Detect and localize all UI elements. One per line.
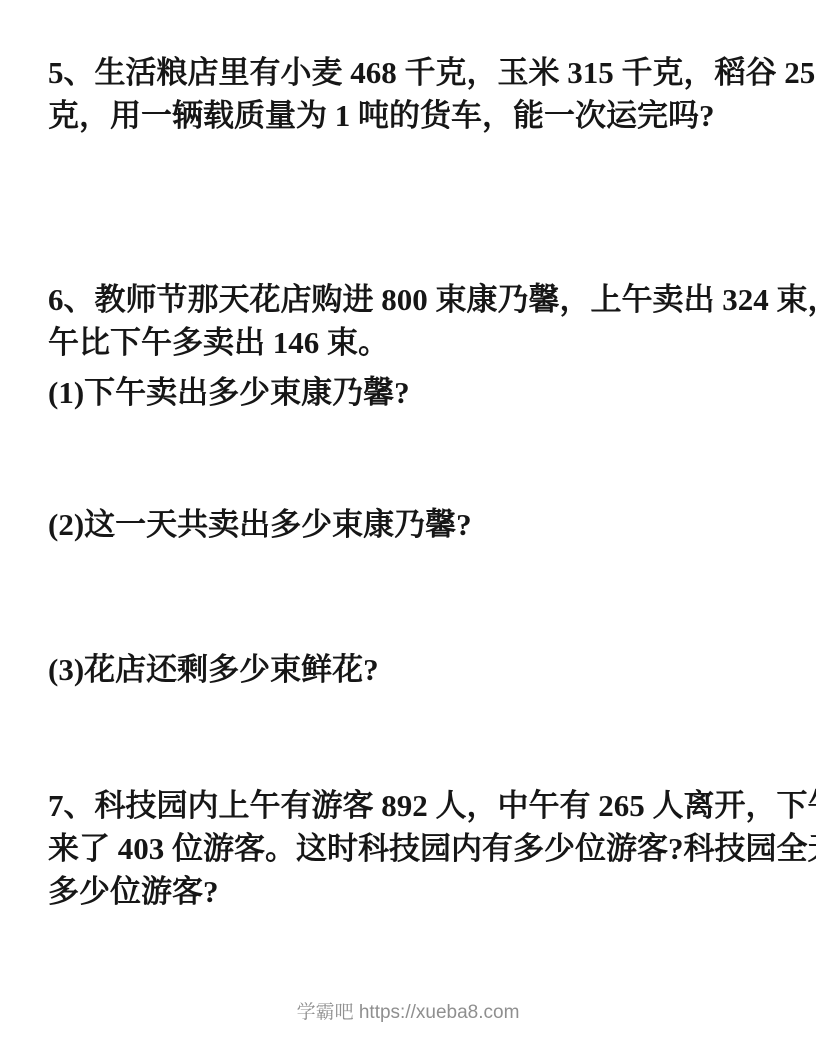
- footer-credit: 学霸吧 https://xueba8.com: [0, 1000, 816, 1026]
- footer-site-link[interactable]: 学霸吧 https://xueba8.com: [297, 1002, 520, 1023]
- problem-6-part-1: (1)下午卖出多少束康乃馨?: [48, 371, 770, 414]
- problem-6-line-1: 6、教师节那天花店购进 800 束康乃馨，上午卖出 324 束，上: [48, 278, 770, 321]
- problem-6: 6、教师节那天花店购进 800 束康乃馨，上午卖出 324 束，上 午比下午多卖…: [48, 278, 770, 364]
- problem-7-line-3: 多少位游客?: [48, 870, 770, 913]
- problem-7-line-2: 来了 403 位游客。这时科技园内有多少位游客?科技园全天来过: [48, 827, 770, 870]
- problem-6-part-1-text: (1)下午卖出多少束康乃馨?: [48, 371, 770, 414]
- problem-7: 7、科技园内上午有游客 892 人，中午有 265 人离开，下午又 来了 403…: [48, 784, 770, 913]
- problem-6-part-2-text: (2)这一天共卖出多少束康乃馨?: [48, 503, 770, 546]
- problem-7-line-1: 7、科技园内上午有游客 892 人，中午有 265 人离开，下午又: [48, 784, 770, 827]
- problem-6-part-2: (2)这一天共卖出多少束康乃馨?: [48, 503, 770, 546]
- problem-6-line-2: 午比下午多卖出 146 束。: [48, 321, 770, 364]
- problem-5-line-2: 克，用一辆载质量为 1 吨的货车，能一次运完吗?: [48, 94, 770, 137]
- problem-5: 5、生活粮店里有小麦 468 千克，玉米 315 千克，稻谷 256 千 克，用…: [48, 51, 770, 137]
- problem-6-part-3-text: (3)花店还剩多少束鲜花?: [48, 648, 770, 691]
- problem-5-line-1: 5、生活粮店里有小麦 468 千克，玉米 315 千克，稻谷 256 千: [48, 51, 770, 94]
- problem-6-part-3: (3)花店还剩多少束鲜花?: [48, 648, 770, 691]
- worksheet-page: 5、生活粮店里有小麦 468 千克，玉米 315 千克，稻谷 256 千 克，用…: [0, 0, 816, 1056]
